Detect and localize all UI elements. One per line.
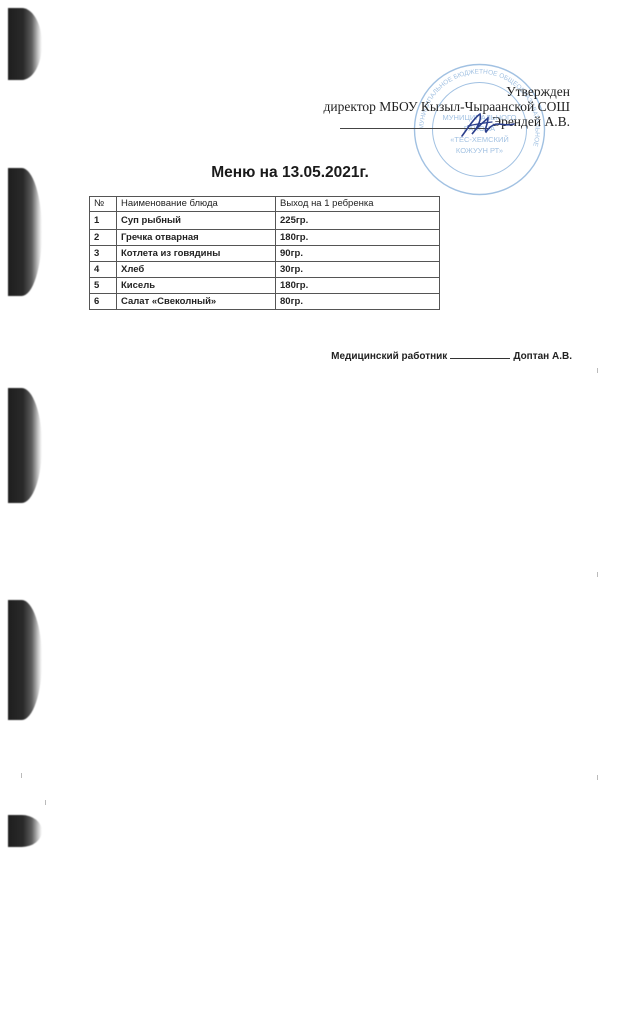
medical-worker-signature: Медицинский работникДоптан А.В.: [331, 350, 572, 362]
dish-name: Хлеб: [117, 262, 276, 278]
table-row: 4 Хлеб 30гр.: [90, 262, 440, 278]
menu-table: № Наименование блюда Выход на 1 ребренка…: [89, 196, 440, 310]
table-row: 1 Суп рыбный 225гр.: [90, 212, 440, 230]
binder-hole-mark: [8, 388, 42, 503]
portion-size: 30гр.: [276, 262, 440, 278]
scan-speck: [21, 773, 22, 778]
binder-hole-mark: [8, 815, 42, 847]
scan-speck: [597, 368, 598, 373]
portion-size: 180гр.: [276, 230, 440, 246]
row-number: 4: [90, 262, 117, 278]
medical-worker-name: Доптан А.В.: [513, 351, 572, 362]
table-row: 3 Котлета из говядины 90гр.: [90, 246, 440, 262]
dish-name: Салат «Свеколный»: [117, 294, 276, 310]
scan-speck: [597, 572, 598, 577]
column-header-portion: Выход на 1 ребренка: [276, 197, 440, 212]
column-header-dish: Наименование блюда: [117, 197, 276, 212]
portion-size: 90гр.: [276, 246, 440, 262]
portion-size: 80гр.: [276, 294, 440, 310]
approval-status: Утвержден: [323, 84, 570, 99]
column-header-number: №: [90, 197, 117, 212]
signature-blank-line: [450, 350, 510, 359]
row-number: 6: [90, 294, 117, 310]
table-row: 5 Кисель 180гр.: [90, 278, 440, 294]
table-row: 6 Салат «Свеколный» 80гр.: [90, 294, 440, 310]
table-row: 2 Гречка отварная 180гр.: [90, 230, 440, 246]
binder-hole-mark: [8, 600, 42, 720]
portion-size: 180гр.: [276, 278, 440, 294]
dish-name: Котлета из говядины: [117, 246, 276, 262]
scan-speck: [45, 800, 46, 805]
binder-hole-mark: [8, 8, 42, 80]
table-header-row: № Наименование блюда Выход на 1 ребренка: [90, 197, 440, 212]
row-number: 2: [90, 230, 117, 246]
approver-signature-line: Эрендей А.В.: [340, 114, 570, 129]
approver-title: директор МБОУ Кызыл-Чыраанской СОШ: [323, 99, 570, 114]
dish-name: Кисель: [117, 278, 276, 294]
scan-speck: [597, 775, 598, 780]
row-number: 5: [90, 278, 117, 294]
dish-name: Суп рыбный: [117, 212, 276, 230]
portion-size: 225гр.: [276, 212, 440, 230]
approval-block: Утвержден директор МБОУ Кызыл-Чыраанской…: [323, 84, 570, 132]
row-number: 3: [90, 246, 117, 262]
signature-icon: [458, 110, 518, 140]
binder-hole-mark: [8, 168, 42, 296]
medical-worker-role: Медицинский работник: [331, 351, 447, 362]
dish-name: Гречка отварная: [117, 230, 276, 246]
row-number: 1: [90, 212, 117, 230]
stamp-line: КОЖУУН РТ»: [456, 146, 503, 155]
